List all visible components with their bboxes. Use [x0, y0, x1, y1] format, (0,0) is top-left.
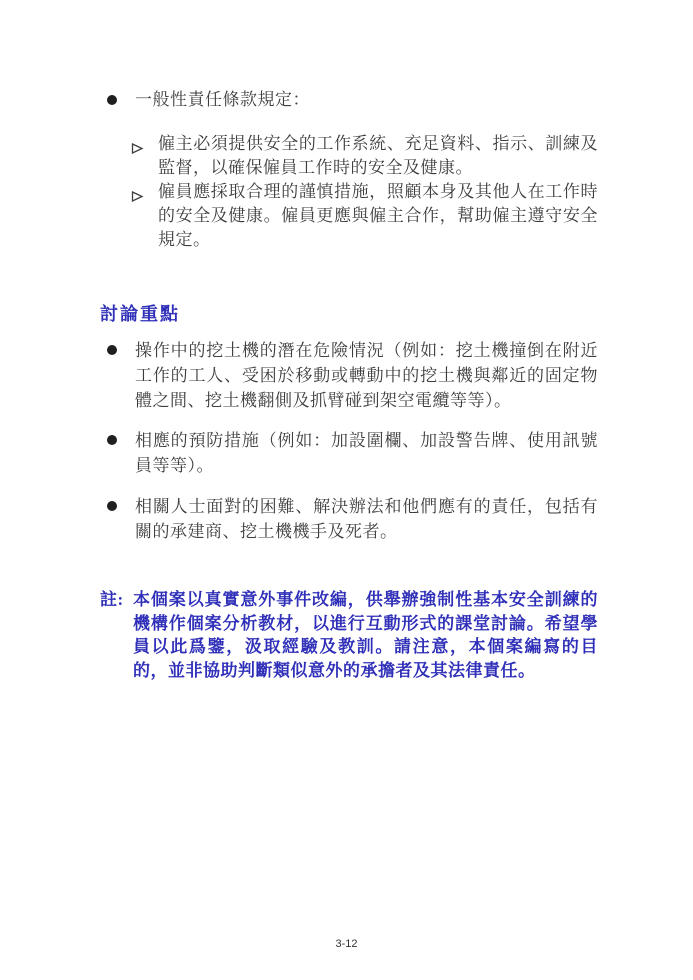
discussion-heading: 討論重點: [100, 302, 598, 326]
bullet-icon: [107, 338, 135, 413]
discussion-item: 相應的預防措施（例如：加設圍欄、加設警告牌、使用訊號員等等）。: [135, 428, 598, 478]
arrow-bullet-icon: [131, 180, 158, 252]
general-duty-title-row: 一般性責任條款規定：: [107, 88, 598, 112]
bullet-icon: [107, 428, 135, 478]
page-content: 一般性責任條款規定： 僱主必須提供安全的工作系統、充足資料、指示、訓練及監督，以…: [100, 88, 598, 682]
list-item: 相應的預防措施（例如：加設圍欄、加設警告牌、使用訊號員等等）。: [107, 428, 598, 478]
list-item: 操作中的挖土機的潛在危險情況（例如：挖土機撞倒在附近工作的工人、受困於移動或轉動…: [107, 338, 598, 413]
remark-note: 註: 本個案以真實意外事件改編，供舉辦強制性基本安全訓練的機構作個案分析教材，以…: [100, 588, 598, 682]
bullet-icon: [107, 88, 135, 112]
general-duty-sublist: 僱主必須提供安全的工作系統、充足資料、指示、訓練及監督，以確保僱員工作時的安全及…: [100, 132, 598, 252]
discussion-item: 操作中的挖土機的潛在危險情況（例如：挖土機撞倒在附近工作的工人、受困於移動或轉動…: [135, 338, 598, 413]
document-page: 一般性責任條款規定： 僱主必須提供安全的工作系統、充足資料、指示、訓練及監督，以…: [0, 0, 693, 980]
list-item: 相關人士面對的困難、解決辦法和他們應有的責任，包括有關的承建商、挖土機機手及死者…: [107, 494, 598, 544]
list-item: 僱員應採取合理的謹慎措施，照顧本身及其他人在工作時的安全及健康。僱員更應與僱主合…: [131, 180, 598, 252]
list-item: 僱主必須提供安全的工作系統、充足資料、指示、訓練及監督，以確保僱員工作時的安全及…: [131, 132, 598, 180]
page-number: 3-12: [0, 938, 693, 950]
general-duty-title: 一般性責任條款規定：: [135, 88, 598, 112]
general-duty-item: 僱員應採取合理的謹慎措施，照顧本身及其他人在工作時的安全及健康。僱員更應與僱主合…: [158, 180, 598, 252]
note-text: 本個案以真實意外事件改編，供舉辦強制性基本安全訓練的機構作個案分析教材，以進行互…: [133, 588, 598, 682]
bullet-icon: [107, 494, 135, 544]
general-duty-item: 僱主必須提供安全的工作系統、充足資料、指示、訓練及監督，以確保僱員工作時的安全及…: [158, 132, 598, 180]
discussion-item: 相關人士面對的困難、解決辦法和他們應有的責任，包括有關的承建商、挖土機機手及死者…: [135, 494, 598, 544]
arrow-bullet-icon: [131, 132, 158, 180]
note-label: 註:: [100, 588, 133, 682]
